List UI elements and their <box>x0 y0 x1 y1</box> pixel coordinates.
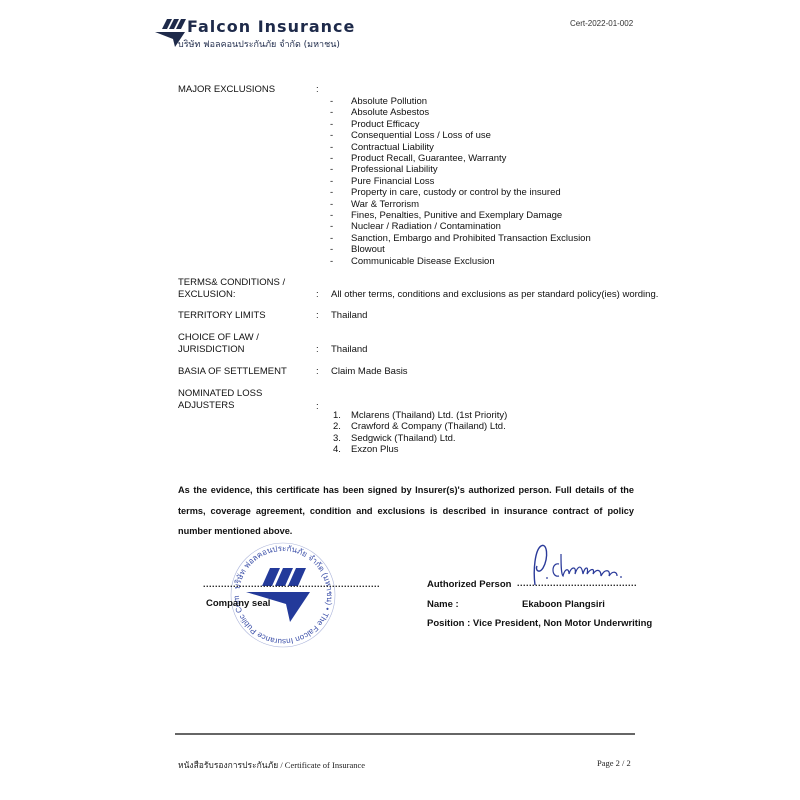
evidence-statement: As the evidence, this certificate has be… <box>178 480 634 542</box>
adjuster-number: 4. <box>333 444 351 455</box>
law-label-line2: JURISDICTION <box>178 344 259 356</box>
exclusion-text: Absolute Asbestos <box>351 107 429 118</box>
exclusion-item: -War & Terrorism <box>330 199 591 210</box>
company-name: Falcon Insurance <box>187 17 355 36</box>
page-number: Page 2 / 2 <box>597 758 631 768</box>
settlement-colon: : <box>316 366 319 377</box>
exclusion-item: -Property in care, custody or control by… <box>330 187 591 198</box>
exclusion-text: Product Recall, Guarantee, Warranty <box>351 153 506 164</box>
bullet-dash: - <box>330 176 351 187</box>
territory-label: TERRITORY LIMITS <box>178 310 266 322</box>
company-seal-icon: บริษัท ฟอลคอนประกันภัย จำกัด (มหาชน) • T… <box>228 540 338 650</box>
adjuster-number: 2. <box>333 421 351 432</box>
exclusion-item: -Absolute Pollution <box>330 96 591 107</box>
exclusion-text: Sanction, Embargo and Prohibited Transac… <box>351 233 591 244</box>
adjuster-item: 2.Crawford & Company (Thailand) Ltd. <box>333 421 507 432</box>
adjusters-label: NOMINATED LOSS ADJUSTERS <box>178 388 262 412</box>
adjusters-label-line2: ADJUSTERS <box>178 400 262 412</box>
exclusion-text: Nuclear / Radiation / Contamination <box>351 221 501 232</box>
exclusion-item: -Professional Liability <box>330 164 591 175</box>
footer-title: หนังสือรับรองการประกันภัย / Certificate … <box>178 758 365 772</box>
territory-value: Thailand <box>331 310 367 321</box>
bullet-dash: - <box>330 164 351 175</box>
exclusion-text: Fines, Penalties, Punitive and Exemplary… <box>351 210 562 221</box>
company-seal-label: Company seal <box>206 598 270 609</box>
exclusion-item: -Absolute Asbestos <box>330 107 591 118</box>
bullet-dash: - <box>330 142 351 153</box>
exclusion-item: -Communicable Disease Exclusion <box>330 256 591 267</box>
bullet-dash: - <box>330 96 351 107</box>
exclusion-item: -Product Recall, Guarantee, Warranty <box>330 153 591 164</box>
exclusion-text: Product Efficacy <box>351 119 419 130</box>
adjusters-list: 1.Mclarens (Thailand) Ltd. (1st Priority… <box>333 410 507 456</box>
exclusion-item: -Sanction, Embargo and Prohibited Transa… <box>330 233 591 244</box>
major-exclusions-label: MAJOR EXCLUSIONS <box>178 84 275 96</box>
exclusion-item: -Pure Financial Loss <box>330 176 591 187</box>
exclusion-text: War & Terrorism <box>351 199 419 210</box>
bullet-dash: - <box>330 130 351 141</box>
exclusion-text: Blowout <box>351 244 385 255</box>
law-value: Thailand <box>331 344 367 355</box>
certificate-id: Cert-2022-01-002 <box>570 19 633 28</box>
bullet-dash: - <box>330 210 351 221</box>
authorized-person-label: Authorized Person <box>427 579 511 590</box>
exclusion-text: Contractual Liability <box>351 142 434 153</box>
exclusion-text: Absolute Pollution <box>351 96 427 107</box>
footer-divider <box>175 733 635 735</box>
bullet-dash: - <box>330 119 351 130</box>
settlement-value: Claim Made Basis <box>331 366 408 377</box>
signature-icon <box>525 540 635 588</box>
position-text: Position : Vice President, Non Motor Und… <box>427 618 652 629</box>
adjusters-colon: : <box>316 401 319 412</box>
company-name-thai: บริษัท ฟอลคอนประกันภัย จำกัด (มหาชน) <box>178 37 340 51</box>
exclusion-text: Professional Liability <box>351 164 438 175</box>
bullet-dash: - <box>330 256 351 267</box>
exclusion-item: -Contractual Liability <box>330 142 591 153</box>
terms-label-line2: EXCLUSION: <box>178 289 285 301</box>
exclusion-text: Pure Financial Loss <box>351 176 434 187</box>
exclusion-item: -Product Efficacy <box>330 119 591 130</box>
bullet-dash: - <box>330 199 351 210</box>
major-exclusions-colon: : <box>316 84 319 95</box>
name-value: Ekaboon Plangsiri <box>522 599 605 610</box>
law-label-line1: CHOICE OF LAW / <box>178 332 259 344</box>
adjusters-label-line1: NOMINATED LOSS <box>178 388 262 400</box>
adjuster-name: Mclarens (Thailand) Ltd. (1st Priority) <box>351 410 507 421</box>
adjuster-item: 1.Mclarens (Thailand) Ltd. (1st Priority… <box>333 410 507 421</box>
bullet-dash: - <box>330 244 351 255</box>
exclusion-text: Property in care, custody or control by … <box>351 187 561 198</box>
bullet-dash: - <box>330 221 351 232</box>
major-exclusions-list: -Absolute Pollution-Absolute Asbestos-Pr… <box>330 96 591 267</box>
exclusion-item: -Fines, Penalties, Punitive and Exemplar… <box>330 210 591 221</box>
terms-label-line1: TERMS& CONDITIONS / <box>178 277 285 289</box>
adjuster-name: Crawford & Company (Thailand) Ltd. <box>351 421 506 432</box>
bullet-dash: - <box>330 153 351 164</box>
exclusion-item: -Consequential Loss / Loss of use <box>330 130 591 141</box>
bullet-dash: - <box>330 187 351 198</box>
bullet-dash: - <box>330 107 351 118</box>
adjuster-item: 4.Exzon Plus <box>333 444 507 455</box>
terms-label: TERMS& CONDITIONS / EXCLUSION: <box>178 277 285 301</box>
exclusion-item: -Nuclear / Radiation / Contamination <box>330 221 591 232</box>
exclusion-text: Communicable Disease Exclusion <box>351 256 495 267</box>
adjuster-name: Sedgwick (Thailand) Ltd. <box>351 433 456 444</box>
adjuster-number: 3. <box>333 433 351 444</box>
seal-signature-line: ........................................… <box>203 579 380 589</box>
name-label: Name : <box>427 599 459 610</box>
bullet-dash: - <box>330 233 351 244</box>
territory-colon: : <box>316 310 319 321</box>
adjuster-number: 1. <box>333 410 351 421</box>
exclusion-text: Consequential Loss / Loss of use <box>351 130 491 141</box>
terms-colon: : <box>316 289 319 300</box>
adjuster-item: 3.Sedgwick (Thailand) Ltd. <box>333 433 507 444</box>
law-colon: : <box>316 344 319 355</box>
settlement-label: BASIA OF SETTLEMENT <box>178 366 287 378</box>
law-label: CHOICE OF LAW / JURISDICTION <box>178 332 259 356</box>
exclusion-item: -Blowout <box>330 244 591 255</box>
terms-value: All other terms, conditions and exclusio… <box>331 289 658 300</box>
adjuster-name: Exzon Plus <box>351 444 399 455</box>
